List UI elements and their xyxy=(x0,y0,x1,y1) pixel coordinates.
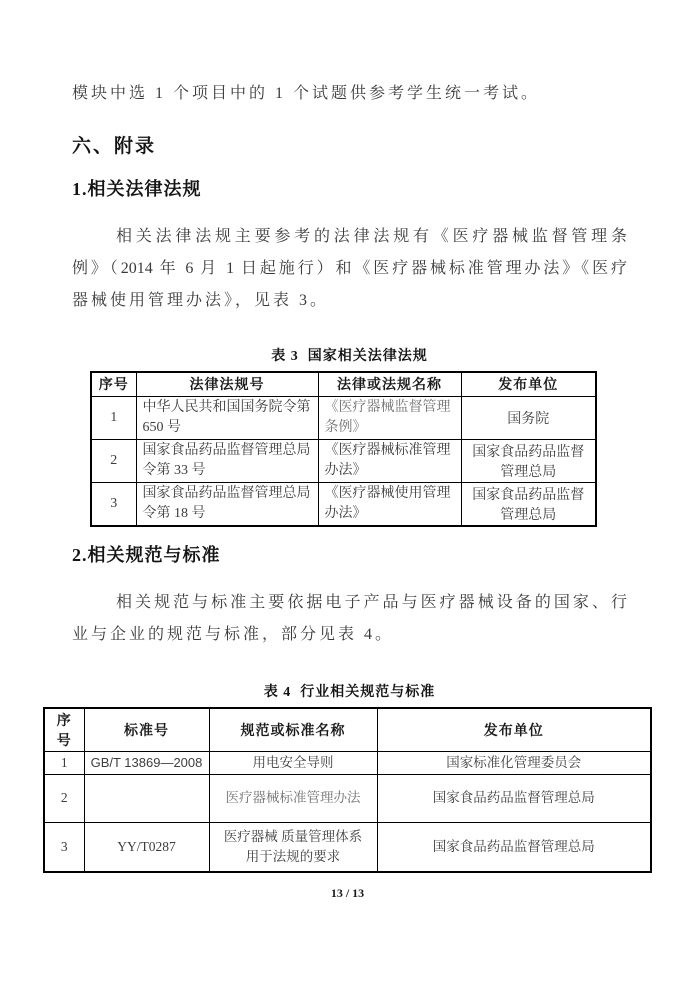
column-header-law-name: 法律或法规名称 xyxy=(318,372,461,396)
standard-code-cell: GB/T 13869—2008 xyxy=(84,751,209,774)
column-header-publisher: 发布单位 xyxy=(377,708,651,752)
column-header-publisher: 发布单位 xyxy=(461,372,596,396)
table-row: 3 YY/T0287 医疗器械 质量管理体系 用于法规的要求 国家食品药品监督管… xyxy=(44,822,651,872)
law-name-cell: 《医疗器械使用管理办法》 xyxy=(318,482,461,526)
column-header-no: 序号 xyxy=(44,708,84,752)
publisher-cell: 国家食品药品监督管理总局 xyxy=(461,439,596,482)
standard-code-cell: YY/T0287 xyxy=(84,822,209,872)
row-number-cell: 3 xyxy=(91,482,136,526)
row-number-cell: 2 xyxy=(44,774,84,822)
standard-name-cell: 用电安全导则 xyxy=(209,751,377,774)
row-number-cell: 1 xyxy=(44,751,84,774)
paragraph-related-standards: 相关规范与标准主要依据电子产品与医疗器械设备的国家、行 业与企业的规范与标准，部… xyxy=(72,587,627,651)
publisher-cell: 国家食品药品监督管理总局 xyxy=(377,774,651,822)
page-content: 模块中选 1 个项目中的 1 个试题供参考学生统一考试。 六、附录 1.相关法律… xyxy=(0,0,695,873)
row-number-cell: 1 xyxy=(91,396,136,439)
standard-code-cell xyxy=(84,774,209,822)
paragraph-line: 相关法律法规主要参考的法律法规有《医疗器械监督管理条 xyxy=(72,221,627,253)
standard-name-cell: 医疗器械标准管理办法 xyxy=(209,774,377,822)
column-header-standard-code: 标准号 xyxy=(84,708,209,752)
paragraph-line: 例》（2014 年 6 月 1 日起施行）和《医疗器械标准管理办法》《医疗 xyxy=(72,253,627,285)
law-code-cell: 国家食品药品监督管理总局令第 18 号 xyxy=(136,482,318,526)
page-number: 13 / 13 xyxy=(0,886,695,901)
law-name-cell: 《医疗器械监督管理条例》 xyxy=(318,396,461,439)
table-header-row: 序号 标准号 规范或标准名称 发布单位 xyxy=(44,708,651,752)
table-row: 2 医疗器械标准管理办法 国家食品药品监督管理总局 xyxy=(44,774,651,822)
table4-caption: 表 4 行业相关规范与标准 xyxy=(72,681,627,701)
publisher-cell: 国家食品药品监督管理总局 xyxy=(377,822,651,872)
row-number-cell: 3 xyxy=(44,822,84,872)
column-header-no: 序号 xyxy=(91,372,136,396)
column-header-standard-name: 规范或标准名称 xyxy=(209,708,377,752)
table-national-laws: 序号 法律法规号 法律或法规名称 发布单位 1 中华人民共和国国务院令第650 … xyxy=(90,371,597,527)
column-header-law-code: 法律法规号 xyxy=(136,372,318,396)
publisher-cell: 国家标准化管理委员会 xyxy=(377,751,651,774)
document-page: 模块中选 1 个项目中的 1 个试题供参考学生统一考试。 六、附录 1.相关法律… xyxy=(0,0,695,982)
standard-name-cell: 医疗器械 质量管理体系 用于法规的要求 xyxy=(209,822,377,872)
law-code-cell: 中华人民共和国国务院令第650 号 xyxy=(136,396,318,439)
intro-paragraph: 模块中选 1 个项目中的 1 个试题供参考学生统一考试。 xyxy=(72,84,627,104)
paragraph-line: 业与企业的规范与标准，部分见表 4。 xyxy=(72,619,627,651)
paragraph-related-laws: 相关法律法规主要参考的法律法规有《医疗器械监督管理条 例》（2014 年 6 月… xyxy=(72,221,627,317)
heading-appendix: 六、附录 xyxy=(72,131,627,158)
law-code-cell: 国家食品药品监督管理总局令第 33 号 xyxy=(136,439,318,482)
table-row: 2 国家食品药品监督管理总局令第 33 号 《医疗器械标准管理办法》 国家食品药… xyxy=(91,439,596,482)
publisher-cell: 国家食品药品监督管理总局 xyxy=(461,482,596,526)
table-row: 1 GB/T 13869—2008 用电安全导则 国家标准化管理委员会 xyxy=(44,751,651,774)
table-row: 1 中华人民共和国国务院令第650 号 《医疗器械监督管理条例》 国务院 xyxy=(91,396,596,439)
row-number-cell: 2 xyxy=(91,439,136,482)
table-industry-standards: 序号 标准号 规范或标准名称 发布单位 1 GB/T 13869—2008 用电… xyxy=(43,707,652,874)
paragraph-line: 器械使用管理办法》，见表 3。 xyxy=(72,285,627,317)
heading-related-laws: 1.相关法律法规 xyxy=(72,175,627,201)
table3-caption: 表 3 国家相关法律法规 xyxy=(72,345,627,365)
law-name-cell: 《医疗器械标准管理办法》 xyxy=(318,439,461,482)
paragraph-line: 相关规范与标准主要依据电子产品与医疗器械设备的国家、行 xyxy=(72,587,627,619)
heading-related-standards: 2.相关规范与标准 xyxy=(72,541,627,567)
publisher-cell: 国务院 xyxy=(461,396,596,439)
table-row: 3 国家食品药品监督管理总局令第 18 号 《医疗器械使用管理办法》 国家食品药… xyxy=(91,482,596,526)
table-header-row: 序号 法律法规号 法律或法规名称 发布单位 xyxy=(91,372,596,396)
